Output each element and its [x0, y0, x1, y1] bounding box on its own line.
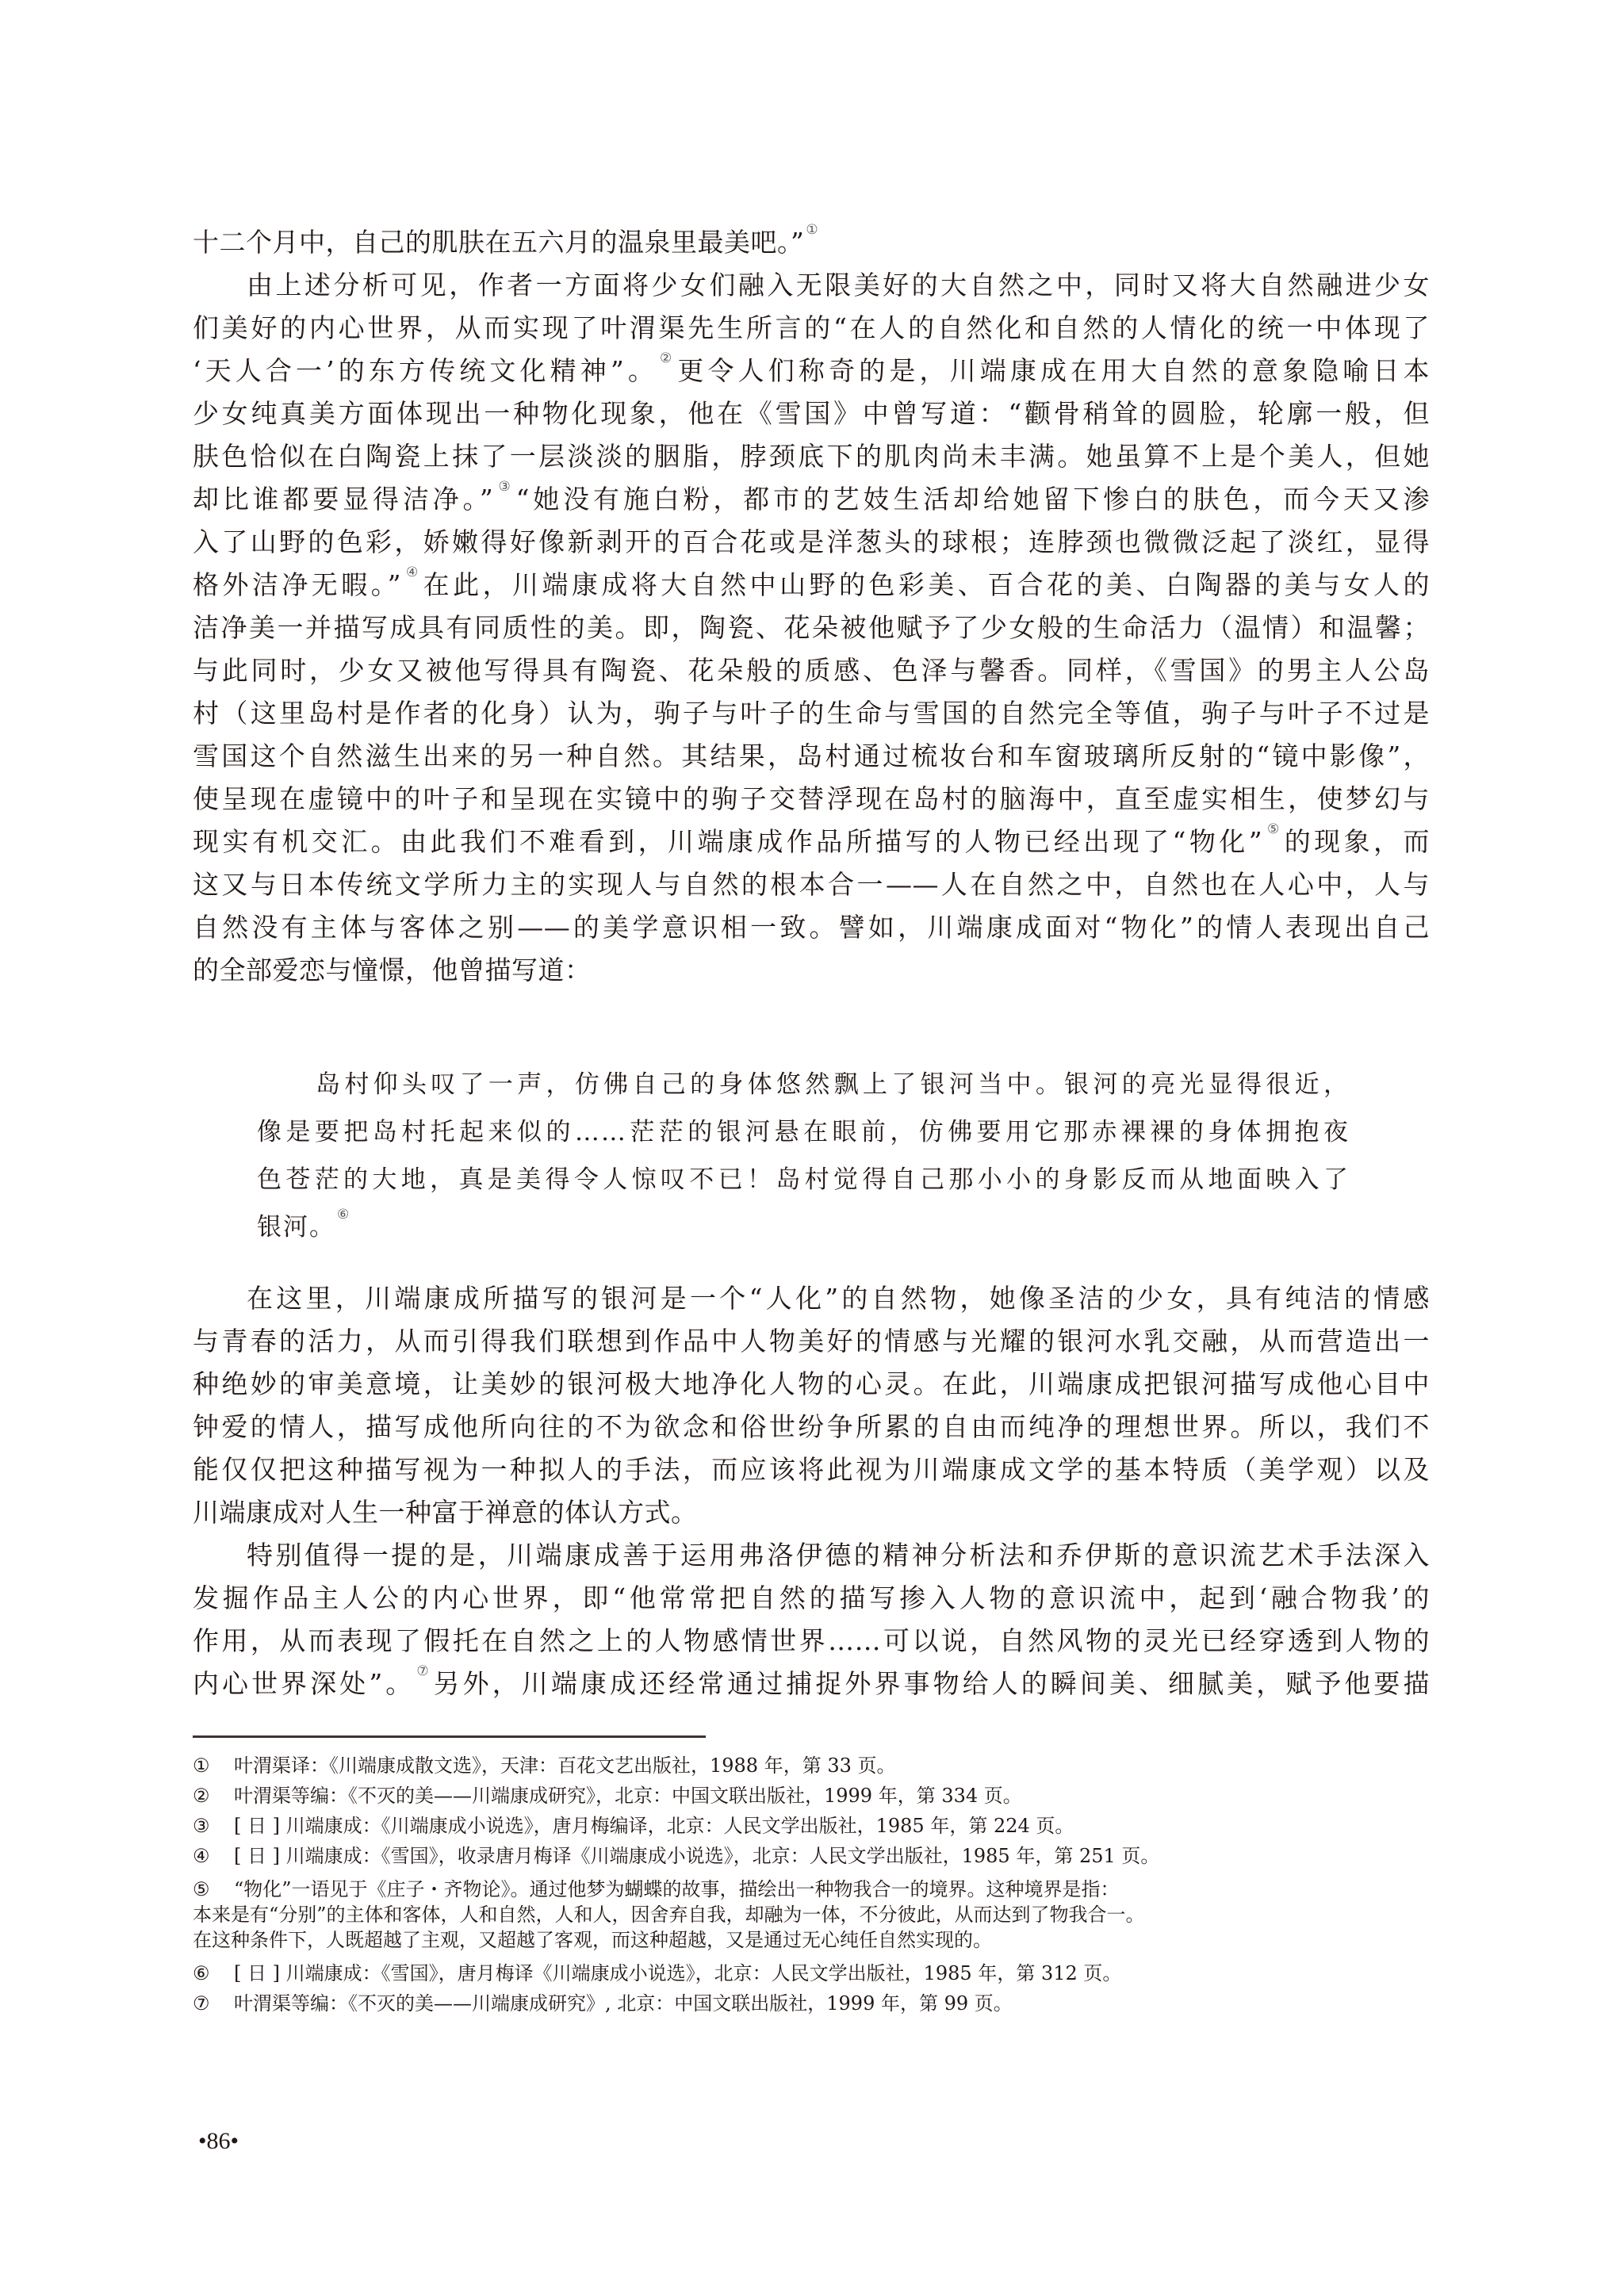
body-line: 使呈现在虚镜中的叶子和呈现在实镜中的驹子交替浮现在岛村的脑海中，直至虚实相生，使…: [193, 783, 1430, 815]
footnote-marker[interactable]: ①: [806, 222, 818, 238]
body-line: 的全部爱恋与憧憬，他曾描写道：: [193, 955, 1430, 986]
body-line: 内心世界深处”。⑦另外，川端康成还经常通过捕捉外界事物给人的瞬间美、细腻美，赋予…: [193, 1668, 1430, 1700]
body-line: 在这里，川端康成所描写的银河是一个“人化”的自然物，她像圣洁的少女，具有纯洁的情…: [193, 1283, 1430, 1314]
footnote-5-continued: 本来是有“分别”的主体和客体，人和自然，人和人，因舍弃自我，却融为一体，不分彼此…: [193, 1903, 1430, 1927]
footnote-number: ②: [193, 1784, 234, 1808]
footnote-text: “物化”一语见于《庄子・齐物论》。通过他梦为蝴蝶的故事，描绘出一种物我合一的境界…: [234, 1878, 1120, 1900]
body-line: 雪国这个自然滋生出来的另一种自然。其结果，岛村通过梳妆台和车窗玻璃所反射的“镜中…: [193, 740, 1430, 772]
footnote-text: 叶渭渠等编：《不灭的美——川端康成研究》, 北京：中国文联出版社，1999 年，…: [234, 1992, 1013, 2015]
text: ‘天人合一’的东方传统文化精神”。: [193, 355, 658, 386]
footnote-number: ⑥: [193, 1961, 234, 1985]
body-line: ‘天人合一’的东方传统文化精神”。②更令人们称奇的是，川端康成在用大自然的意象隐…: [193, 355, 1430, 387]
footnote-6: ⑥[ 日 ] 川端康成：《雪国》，唐月梅译《川端康成小说选》，北京：人民文学出版…: [193, 1961, 1430, 1985]
blockquote-line: 色苍茫的大地，真是美得令人惊叹不已！岛村觉得自己那小小的身影反而从地面映入了: [257, 1164, 1350, 1196]
text: “她没有施白粉，都市的艺妓生活却给她留下惨白的肤色，而今天又渗: [516, 484, 1430, 515]
body-line: 能仅仅把这种描写视为一种拟人的手法，而应该将此视为川端康成文学的基本特质（美学观…: [193, 1454, 1430, 1486]
body-line: 自然没有主体与客体之别——的美学意识相一致。譬如，川端康成面对“物化”的情人表现…: [193, 912, 1430, 943]
text: 在此，川端康成将大自然中山野的色彩美、百合花的美、白陶器的美与女人的: [423, 569, 1430, 600]
body-line: 与青春的活力，从而引得我们联想到作品中人物美好的情感与光耀的银河水乳交融，从而营…: [193, 1326, 1430, 1357]
footnote-3: ③[ 日 ] 川端康成：《川端康成小说选》，唐月梅编译，北京：人民文学出版社，1…: [193, 1814, 1430, 1838]
footnote-number: ①: [193, 1754, 234, 1777]
text: 更令人们称奇的是，川端康成在用大自然的意象隐喻日本: [677, 355, 1430, 386]
body-line: 们美好的内心世界，从而实现了叶渭渠先生所言的“在人的自然化和自然的人情化的统一中…: [193, 312, 1430, 344]
footnote-4: ④[ 日 ] 川端康成：《雪国》，收录唐月梅译《川端康成小说选》，北京：人民文学…: [193, 1844, 1430, 1868]
body-line: 作用，从而表现了假托在自然之上的人物感情世界……可以说，自然风物的灵光已经穿透到…: [193, 1625, 1430, 1657]
body-line: 与此同时，少女又被他写得具有陶瓷、花朵般的质感、色泽与馨香。同样，《雪国》的男主…: [193, 655, 1430, 687]
text: 现实有机交汇。由此我们不难看到，川端康成作品所描写的人物已经出现了“物化”: [193, 826, 1262, 857]
footnote-text: [ 日 ] 川端康成：《雪国》，唐月梅译《川端康成小说选》，北京：人民文学出版社…: [234, 1962, 1121, 1984]
text: 却比谁都要显得洁净。”: [193, 484, 493, 515]
body-line: 入了山野的色彩，娇嫩得好像新剥开的百合花或是洋葱头的球根；连脖颈也微微泛起了淡红…: [193, 526, 1430, 558]
body-line: 川端康成对人生一种富于禅意的体认方式。: [193, 1497, 1430, 1529]
document-page: 十二个月中，自己的肌肤在五六月的温泉里最美吧。”① 由上述分析可见，作者一方面将…: [0, 0, 1624, 2296]
footnote-number: ⑦: [193, 1992, 234, 2015]
body-line: 十二个月中，自己的肌肤在五六月的温泉里最美吧。”①: [193, 227, 1430, 258]
body-line: 却比谁都要显得洁净。”③“她没有施白粉，都市的艺妓生活却给她留下惨白的肤色，而今…: [193, 484, 1430, 515]
blockquote-line: 岛村仰头叹了一声，仿佛自己的身体悠然飘上了银河当中。银河的亮光显得很近，: [257, 1069, 1350, 1100]
body-line: 洁净美一并描写成具有同质性的美。即，陶瓷、花朵被他赋予了少女般的生命活力（温情）…: [193, 612, 1430, 644]
body-line: 现实有机交汇。由此我们不难看到，川端康成作品所描写的人物已经出现了“物化”⑤的现…: [193, 826, 1430, 858]
text: 的现象，而: [1285, 826, 1430, 857]
footnote-marker[interactable]: ③: [495, 479, 514, 495]
text: 格外洁净无暇。”: [193, 569, 401, 600]
footnote-marker[interactable]: ④: [403, 564, 422, 580]
footnote-marker[interactable]: ⑤: [1264, 821, 1283, 837]
footnote-7: ⑦叶渭渠等编：《不灭的美——川端康成研究》, 北京：中国文联出版社，1999 年…: [193, 1992, 1430, 2015]
footnote-text: 叶渭渠译：《川端康成散文选》，天津：百花文艺出版社，1988 年，第 33 页。: [234, 1755, 896, 1777]
footnote-number: ④: [193, 1844, 234, 1868]
footnote-2: ②叶渭渠等编：《不灭的美——川端康成研究》，北京：中国文联出版社，1999 年，…: [193, 1784, 1430, 1808]
body-line: 由上述分析可见，作者一方面将少女们融入无限美好的大自然之中，同时又将大自然融进少…: [193, 270, 1430, 301]
text: 另外，川端康成还经常通过捕捉外界事物给人的瞬间美、细腻美，赋予他要描: [434, 1668, 1430, 1699]
footnote-1: ①叶渭渠译：《川端康成散文选》，天津：百花文艺出版社，1988 年，第 33 页…: [193, 1754, 1430, 1777]
footnote-text: [ 日 ] 川端康成：《雪国》，收录唐月梅译《川端康成小说选》，北京：人民文学出…: [234, 1845, 1159, 1867]
body-line: 少女纯真美方面体现出一种物化现象，他在《雪国》中曾写道：“颧骨稍耸的圆脸，轮廓一…: [193, 398, 1430, 430]
footnote-marker[interactable]: ⑦: [416, 1663, 431, 1679]
footnote-5: ⑤“物化”一语见于《庄子・齐物论》。通过他梦为蝴蝶的故事，描绘出一种物我合一的境…: [193, 1877, 1430, 1901]
body-line: 肤色恰似在白陶瓷上抹了一层淡淡的胭脂，脖颈底下的肌肉尚未丰满。她虽算不上是个美人…: [193, 441, 1430, 473]
blockquote-line: 银河。⑥: [257, 1211, 1350, 1243]
footnote-text: [ 日 ] 川端康成：《川端康成小说选》，唐月梅编译，北京：人民文学出版社，19…: [234, 1815, 1074, 1837]
footnote-number: ⑤: [193, 1877, 234, 1901]
body-line: 格外洁净无暇。”④在此，川端康成将大自然中山野的色彩美、百合花的美、白陶器的美与…: [193, 569, 1430, 601]
body-line: 种绝妙的审美意境，让美妙的银河极大地净化人物的心灵。在此，川端康成把银河描写成他…: [193, 1368, 1430, 1400]
footnote-divider: [193, 1735, 706, 1738]
page-number: •86•: [198, 2128, 239, 2155]
footnote-number: ③: [193, 1814, 234, 1838]
blockquote-line: 像是要把岛村托起来似的……茫茫的银河悬在眼前，仿佛要用它那赤裸裸的身体拥抱夜: [257, 1116, 1350, 1148]
body-line: 发掘作品主人公的内心世界，即“他常常把自然的描写掺入人物的意识流中，起到‘融合物…: [193, 1582, 1430, 1614]
body-line: 钟爱的情人，描写成他所向往的不为欲念和俗世纷争所累的自由而纯净的理想世界。所以，…: [193, 1411, 1430, 1443]
footnote-marker[interactable]: ⑥: [337, 1207, 350, 1223]
footnote-5-continued: 在这种条件下，人既超越了主观，又超越了客观，而这种超越，又是通过无心纯任自然实现…: [193, 1928, 1430, 1952]
footnote-text: 叶渭渠等编：《不灭的美——川端康成研究》，北京：中国文联出版社，1999 年，第…: [234, 1785, 1022, 1807]
text: 银河。: [257, 1213, 335, 1242]
body-line: 村（这里岛村是作者的化身）认为，驹子与叶子的生命与雪国的自然完全等值，驹子与叶子…: [193, 698, 1430, 729]
body-line: 这又与日本传统文学所力主的实现人与自然的根本合一——人在自然之中，自然也在人心中…: [193, 869, 1430, 901]
text: 内心世界深处”。: [193, 1668, 415, 1699]
body-line: 特别值得一提的是，川端康成善于运用弗洛伊德的精神分析法和乔伊斯的意识流艺术手法深…: [193, 1540, 1430, 1571]
footnote-marker[interactable]: ②: [660, 350, 676, 366]
text: 十二个月中，自己的肌肤在五六月的温泉里最美吧。”: [193, 227, 804, 258]
